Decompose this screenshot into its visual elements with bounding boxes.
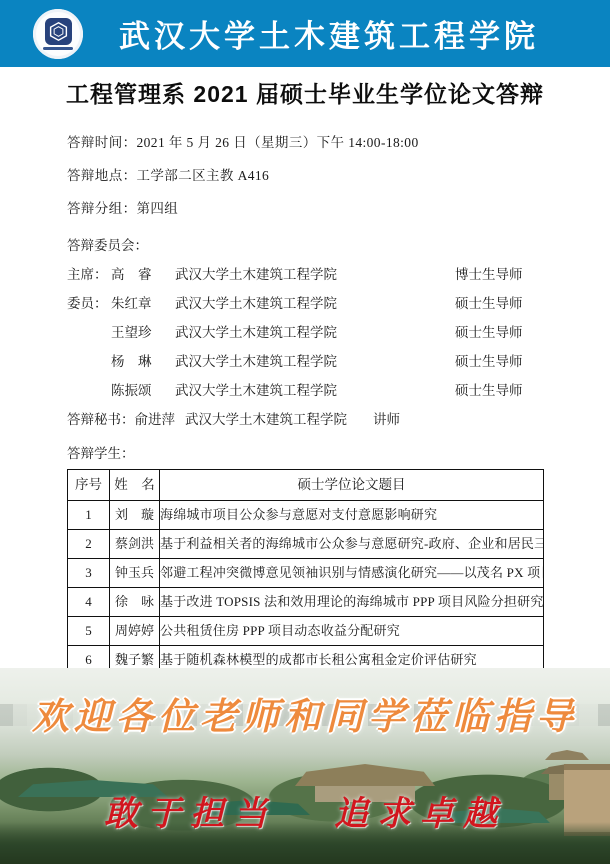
col-header-thesis: 硕士学位论文题目 (160, 470, 544, 501)
table-header-row: 序号 姓 名 硕士学位论文题目 (68, 470, 544, 501)
member-institution: 武汉大学土木建筑工程学院 (175, 323, 455, 343)
announcement-poster: 武汉大学土木建筑工程学院 工程管理系 2021 届硕士毕业生学位论文答辩 答辩时… (0, 0, 610, 864)
member-institution: 武汉大学土木建筑工程学院 (175, 352, 455, 372)
member-title: 硕士生导师 (455, 352, 523, 372)
committee-row: 主席： 高 睿 武汉大学土木建筑工程学院 博士生导师 (67, 265, 550, 285)
member-role: 主席： (67, 265, 111, 285)
hexagon-emblem-icon (45, 18, 72, 45)
student-name: 钟玉兵 (110, 559, 160, 588)
student-no: 1 (68, 501, 110, 530)
student-name: 刘 璇 (110, 501, 160, 530)
committee-row: 王望珍 武汉大学土木建筑工程学院 硕士生导师 (67, 323, 550, 343)
event-title: 工程管理系 2021 届硕士毕业生学位论文答辩 (0, 67, 610, 117)
table-row: 3 钟玉兵 邻避工程冲突微博意见领袖识别与情感演化研究——以茂名 PX 项目为例 (68, 559, 544, 588)
motto-right: 追求卓越 (334, 796, 506, 833)
member-role: 委员： (67, 294, 111, 314)
col-header-name: 姓 名 (110, 470, 160, 501)
university-logo (33, 9, 83, 59)
member-title: 硕士生导师 (455, 323, 523, 343)
header-band: 武汉大学土木建筑工程学院 (0, 0, 610, 67)
thesis-title: 海绵城市项目公众参与意愿对支付意愿影响研究 (160, 501, 544, 530)
committee-row: 陈振颂 武汉大学土木建筑工程学院 硕士生导师 (67, 381, 550, 401)
secretary-title: 讲师 (373, 410, 400, 430)
motto-left: 敢于担当 (104, 796, 276, 833)
member-name: 朱红章 (111, 294, 175, 314)
member-name: 陈振颂 (111, 381, 175, 401)
secretary-row: 答辩秘书：俞进萍 武汉大学土木建筑工程学院 讲师 (67, 410, 550, 430)
table-row: 4 徐 咏 基于改进 TOPSIS 法和效用理论的海绵城市 PPP 项目风险分担… (68, 588, 544, 617)
member-title: 硕士生导师 (455, 294, 523, 314)
member-role (67, 323, 111, 343)
students-table: 序号 姓 名 硕士学位论文题目 1 刘 璇 海绵城市项目公众参与意愿对支付意愿影… (67, 469, 544, 675)
member-role (67, 352, 111, 372)
school-name: 武汉大学土木建筑工程学院 (119, 11, 539, 56)
body-content: 答辩时间：2021 年 5 月 26 日（星期三）下午 14:00-18:00 … (0, 117, 610, 675)
defense-time: 答辩时间：2021 年 5 月 26 日（星期三）下午 14:00-18:00 (67, 133, 550, 153)
thesis-title: 基于改进 TOPSIS 法和效用理论的海绵城市 PPP 项目风险分担研究 (160, 588, 544, 617)
member-institution: 武汉大学土木建筑工程学院 (175, 265, 455, 285)
student-name: 蔡剑洪 (110, 530, 160, 559)
defense-location: 答辩地点：工学部二区主教 A416 (67, 166, 550, 186)
motto-calligraphy: 敢于担当追求卓越 (0, 786, 610, 835)
student-no: 3 (68, 559, 110, 588)
member-title: 博士生导师 (455, 265, 523, 285)
member-institution: 武汉大学土木建筑工程学院 (175, 294, 455, 314)
student-no: 4 (68, 588, 110, 617)
defense-group: 答辩分组：第四组 (67, 199, 550, 219)
thesis-title: 邻避工程冲突微博意见领袖识别与情感演化研究——以茂名 PX 项目为例 (160, 559, 544, 588)
student-name: 周婷婷 (110, 617, 160, 646)
member-name: 高 睿 (111, 265, 175, 285)
logo-text-band (43, 47, 73, 50)
student-name: 徐 咏 (110, 588, 160, 617)
thesis-title: 基于利益相关者的海绵城市公众参与意愿研究-政府、企业和居民三方视角 (160, 530, 544, 559)
secretary-name: 答辩秘书：俞进萍 (67, 410, 175, 430)
campus-photo: 欢迎各位老师和同学莅临指导 敢于担当追求卓越 (0, 668, 610, 864)
member-role (67, 381, 111, 401)
students-heading: 答辩学生： (67, 444, 550, 464)
table-row: 2 蔡剑洪 基于利益相关者的海绵城市公众参与意愿研究-政府、企业和居民三方视角 (68, 530, 544, 559)
student-no: 2 (68, 530, 110, 559)
committee-heading: 答辩委员会： (67, 236, 550, 256)
committee-row: 委员： 朱红章 武汉大学土木建筑工程学院 硕士生导师 (67, 294, 550, 314)
secretary-institution: 武汉大学土木建筑工程学院 (185, 410, 347, 430)
member-name: 王望珍 (111, 323, 175, 343)
col-header-no: 序号 (68, 470, 110, 501)
welcome-calligraphy: 欢迎各位老师和同学莅临指导 (0, 686, 610, 740)
member-name: 杨 琳 (111, 352, 175, 372)
central-hall-roof-shape (295, 764, 435, 786)
pagoda-roof-shape (545, 750, 589, 760)
student-no: 5 (68, 617, 110, 646)
table-row: 1 刘 璇 海绵城市项目公众参与意愿对支付意愿影响研究 (68, 501, 544, 530)
member-institution: 武汉大学土木建筑工程学院 (175, 381, 455, 401)
committee-row: 杨 琳 武汉大学土木建筑工程学院 硕士生导师 (67, 352, 550, 372)
table-row: 5 周婷婷 公共租赁住房 PPP 项目动态收益分配研究 (68, 617, 544, 646)
member-title: 硕士生导师 (455, 381, 523, 401)
thesis-title: 公共租赁住房 PPP 项目动态收益分配研究 (160, 617, 544, 646)
